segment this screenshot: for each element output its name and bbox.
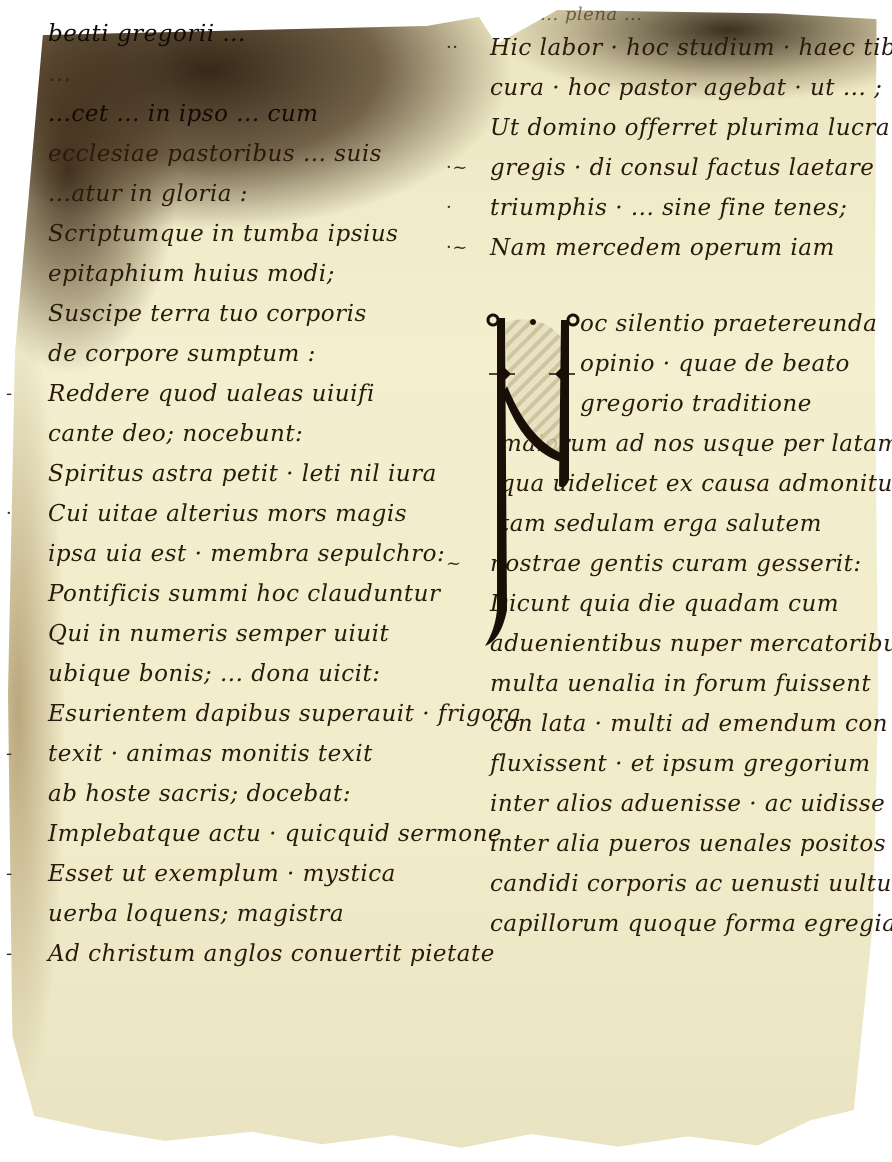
text-line: Pontificis summi hoc clauduntur <box>40 574 440 614</box>
line-text: candidi corporis ac uenusti uultus <box>490 871 892 897</box>
line-text: Nam mercedem operum iam <box>490 235 835 261</box>
text-line: Ut domino offerret plurima lucra <box>480 108 860 148</box>
text-line: ··Hic labor · hoc studium · haec tibi <box>480 28 860 68</box>
line-text: cura · hoc pastor agebat · ut ... ; <box>490 75 882 101</box>
blank-line <box>480 268 860 304</box>
text-line: Qui in numeris semper uiuit <box>40 614 440 654</box>
text-line: multa uenalia in forum fuissent <box>480 664 860 704</box>
line-text: ... <box>48 61 71 87</box>
line-text: inter alios aduenisse · ac uidisse <box>490 791 885 817</box>
line-text: Spiritus astra petit · leti nil iura <box>48 461 437 487</box>
line-text: ...atur in gloria : <box>48 181 248 207</box>
line-text: oc silentio praetereunda <box>580 311 877 337</box>
text-line: ipsa uia est · membra sepulchro: <box>40 534 440 574</box>
text-line: ·~Nam mercedem operum iam <box>480 228 860 268</box>
text-line: Suscipe terra tuo corporis <box>40 294 440 334</box>
line-text: Cui uitae alterius mors magis <box>48 501 407 527</box>
text-line: Esurientem dapibus superauit · frigora <box>40 694 440 734</box>
text-line: Spiritus astra petit · leti nil iura <box>40 454 440 494</box>
line-text: Esurientem dapibus superauit · frigora <box>48 701 521 727</box>
text-line: ·~gregis · di consul factus laetare <box>480 148 860 188</box>
line-text: inter alia pueros uenales positos <box>490 831 886 857</box>
text-line: beati gregorii ... <box>40 14 440 54</box>
line-text: Reddere quod ualeas uiuifi <box>48 381 375 407</box>
line-text: de corpore sumptum : <box>48 341 316 367</box>
line-text: texit · animas monitis texit <box>48 741 373 767</box>
marginal-mark: - <box>6 934 13 974</box>
marginal-mark: - <box>6 734 13 774</box>
line-text: Esset ut exemplum · mystica <box>48 861 396 887</box>
text-line: inter alios aduenisse · ac uidisse <box>480 784 860 824</box>
line-text: beati gregorii ... <box>48 21 246 47</box>
line-text: Qui in numeris semper uiuit <box>48 621 389 647</box>
text-line: -Reddere quod ualeas uiuifi <box>40 374 440 414</box>
text-line: Implebatque actu · quicquid sermone <box>40 814 440 854</box>
text-line: -Ad christum anglos conuertit pietate <box>40 934 440 974</box>
line-text: gregorio traditione <box>580 391 812 417</box>
line-text: Ad christum anglos conuertit pietate <box>48 941 495 967</box>
marginal-mark: · <box>446 188 452 228</box>
text-line: ·triumphis · ... sine fine tenes; <box>480 188 860 228</box>
text-line: ecclesiae pastoribus ... suis <box>40 134 440 174</box>
line-text: Implebatque actu · quicquid sermone <box>48 821 502 847</box>
line-text: uerba loquens; magistra <box>48 901 344 927</box>
text-line: ...cet ... in ipso ... cum <box>40 94 440 134</box>
line-text: ...cet ... in ipso ... cum <box>48 101 319 127</box>
marginal-mark: ·· <box>446 28 458 68</box>
line-text: ab hoste sacris; docebat: <box>48 781 351 807</box>
text-line: con lata · multi ad emendum con <box>480 704 860 744</box>
line-text: Hic labor · hoc studium · haec tibi <box>490 35 892 61</box>
line-text: ubique bonis; ... dona uicit: <box>48 661 381 687</box>
line-text: epitaphium huius modi; <box>48 261 335 287</box>
line-text: cante deo; noce­bunt: <box>48 421 303 447</box>
line-text: opinio · quae de beato <box>580 351 850 377</box>
line-text: gregis · di consul factus laetare <box>490 155 874 181</box>
line-text: Pontificis summi hoc clauduntur <box>48 581 440 607</box>
text-line: epitaphium huius modi; <box>40 254 440 294</box>
line-text: fluxissent · et ipsum gregorium <box>490 751 871 777</box>
text-line: ... <box>40 54 440 94</box>
line-text: ecclesiae pastoribus ... suis <box>48 141 382 167</box>
marginal-mark: ·~ <box>446 228 468 268</box>
marginal-mark: - <box>6 374 13 414</box>
text-line: ...atur in gloria : <box>40 174 440 214</box>
text-line: de corpore sumptum : <box>40 334 440 374</box>
text-line: -texit · animas monitis texit <box>40 734 440 774</box>
marginal-mark: · <box>6 494 12 534</box>
line-text: Suscipe terra tuo corporis <box>48 301 367 327</box>
header-fragment: ... plena ... <box>480 2 860 28</box>
text-line: Scriptumque in tumba ipsius <box>40 214 440 254</box>
line-text: Ut domino offerret plurima lucra <box>490 115 890 141</box>
line-text: capillorum quoque forma egregia; <box>490 911 892 937</box>
left-column: beati gregorii ... ... ...cet ... in ips… <box>40 14 440 974</box>
line-text: multa uenalia in forum fuissent <box>490 671 871 697</box>
text-line: ab hoste sacris; docebat: <box>40 774 440 814</box>
text-line: cante deo; noce­bunt: <box>40 414 440 454</box>
text-line: candidi corporis ac uenusti uultus <box>480 864 860 904</box>
text-line: fluxissent · et ipsum gregorium <box>480 744 860 784</box>
decorated-initial-h <box>483 310 583 650</box>
marginal-mark: ~ <box>446 544 462 584</box>
line-text: triumphis · ... sine fine tenes; <box>490 195 847 221</box>
line-text: con lata · multi ad emendum con <box>490 711 888 737</box>
text-line: ·Cui uitae alterius mors magis <box>40 494 440 534</box>
text-line: cura · hoc pastor agebat · ut ... ; <box>480 68 860 108</box>
text-line: inter alia pueros uenales positos <box>480 824 860 864</box>
marginal-mark: - <box>6 854 13 894</box>
line-text: ipsa uia est · membra sepulchro: <box>48 541 445 567</box>
text-line: -Esset ut exemplum · mystica <box>40 854 440 894</box>
initial-h-icon <box>483 310 583 650</box>
text-line: ubique bonis; ... dona uicit: <box>40 654 440 694</box>
marginal-mark: ·~ <box>446 148 468 188</box>
text-line: capillorum quoque forma egregia; <box>480 904 860 944</box>
line-text: Scriptumque in tumba ipsius <box>48 221 398 247</box>
text-line: uerba loquens; magistra <box>40 894 440 934</box>
